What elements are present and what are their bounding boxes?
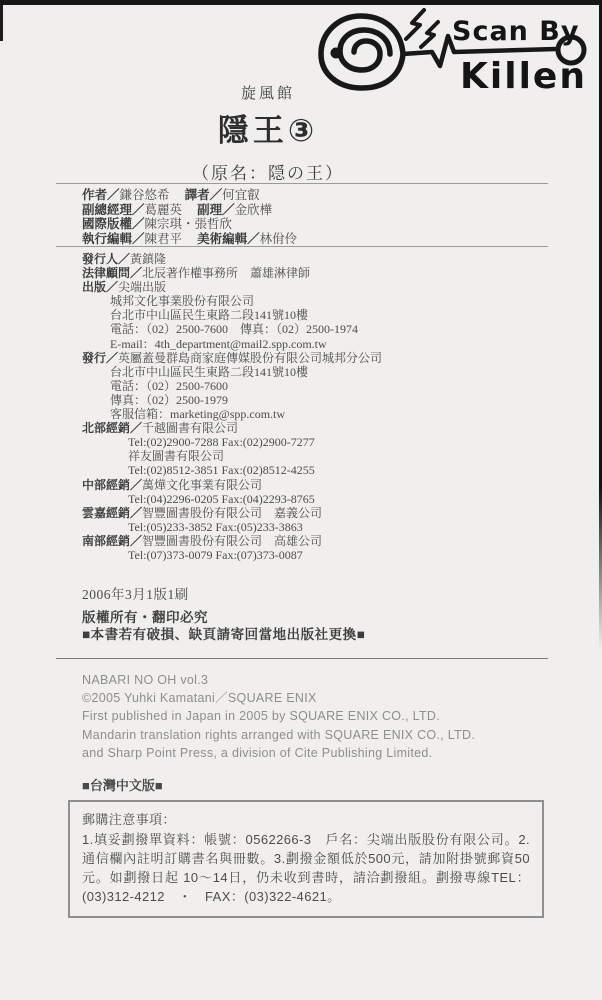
publishing-label: 法律顧問／ — [82, 266, 142, 280]
publishing-label: 北部經銷／ — [82, 421, 142, 435]
english-rights-line: First published in Japan in 2005 by SQUA… — [82, 707, 475, 725]
publishing-text: 智豐圖書股份有限公司 嘉義公司 — [142, 506, 322, 520]
publishing-line: 發行／英屬蓋曼群島商家庭傳媒股份有限公司城邦分公司 — [82, 351, 382, 365]
credit-label: 副理／ — [197, 203, 235, 217]
credit-value: 陳君平 — [145, 232, 183, 246]
credit-row: 執行編輯／陳君平 美術編輯／林佾伶 — [82, 232, 297, 247]
publishing-line: 電話：（02）2500-7600 — [82, 379, 382, 393]
publishing-text: 祥友圖書有限公司 — [128, 449, 224, 463]
title-block: 旋風館 隱王③ （原名：隠の王） — [0, 82, 536, 184]
edition-printing-line: 2006年3月1版1刷 — [82, 583, 189, 603]
mail-order-heading: 郵購注意事項： — [82, 810, 530, 829]
publishing-line: 法律顧問／北辰著作權事務所 蕭雄淋律師 — [82, 266, 382, 280]
credit-row: 作者／鎌谷悠希 譯者／何宜叡 — [82, 188, 297, 203]
credit-row: 副總經理／葛麗英 副理／金欣樺 — [82, 203, 297, 218]
publishing-line: 客服信箱：marketing@spp.com.tw — [82, 407, 382, 421]
credit-pair: 譯者／何宜叡 — [185, 188, 260, 202]
publishing-text: 北辰著作權事務所 蕭雄淋律師 — [142, 266, 310, 280]
publishing-line: 雲嘉經銷／智豐圖書股份有限公司 嘉義公司 — [82, 506, 382, 520]
publishing-text: Tel:(04)2296-0205 Fax:(04)2293-8765 — [128, 492, 315, 506]
publishing-line: E-mail：4th_department@mail2.spp.com.tw — [82, 337, 382, 351]
publishing-line: 發行人／黃鎮隆 — [82, 252, 382, 266]
copyright-line: 版權所有・翻印必究 — [82, 610, 365, 627]
divider-rule-credits — [56, 246, 548, 247]
mail-order-box: 郵購注意事項： 1.填妥劃撥單資料：帳號：0562266-3 戶名：尖端出版股份… — [68, 800, 544, 918]
credit-label: 作者／ — [82, 188, 120, 202]
publishing-text: 萬燁文化事業有限公司 — [142, 478, 262, 492]
publishing-line: 南部經銷／智豐圖書股份有限公司 高雄公司 — [82, 534, 382, 548]
english-rights-line: and Sharp Point Press, a division of Cit… — [82, 744, 475, 762]
publishing-text: E-mail：4th_department@mail2.spp.com.tw — [110, 337, 327, 351]
credit-row: 國際版權／陳宗琪・張哲欣 — [82, 217, 297, 232]
credit-pair: 國際版權／陳宗琪・張哲欣 — [82, 217, 232, 231]
credit-value: 金欣樺 — [235, 203, 273, 217]
publishing-line: 出版／尖端出版 — [82, 280, 382, 294]
credit-label: 執行編輯／ — [82, 232, 145, 246]
credit-value: 林佾伶 — [260, 232, 298, 246]
scan-edge-left — [0, 5, 3, 41]
english-rights-line: ©2005 Yuhki Kamatani／SQUARE ENIX — [82, 689, 475, 707]
credit-pair: 美術編輯／林佾伶 — [197, 232, 297, 246]
colophon-page: Scan By Killen 旋風館 隱王③ （原名：隠の王） 作者／鎌谷悠希 … — [0, 0, 602, 1000]
book-title: 隱王③ — [0, 105, 536, 150]
publishing-text: Tel:(02)8512-3851 Fax:(02)8512-4255 — [128, 463, 315, 477]
publishing-text: 千越圖書有限公司 — [142, 421, 238, 435]
publishing-label: 發行人／ — [82, 252, 130, 266]
divider-rule-top — [56, 183, 548, 184]
mouse-doodle-icon — [321, 16, 403, 88]
publishing-line: Tel:(04)2296-0205 Fax:(04)2293-8765 — [82, 492, 382, 506]
publishing-line: 傳真：（02）2500-1979 — [82, 393, 382, 407]
credit-label: 國際版權／ — [82, 217, 145, 231]
publishing-label: 南部經銷／ — [82, 534, 142, 548]
publishing-text: 尖端出版 — [118, 280, 166, 294]
publishing-text: 台北市中山區民生東路二段141號10樓 — [110, 308, 308, 322]
publishing-text: 智豐圖書股份有限公司 高雄公司 — [142, 534, 322, 548]
publishing-line: 電話：（02）2500-7600 傳真：（02）2500-1974 — [82, 322, 382, 336]
publishing-label: 中部經銷／ — [82, 478, 142, 492]
publishing-text: 傳真：（02）2500-1979 — [110, 393, 228, 407]
publishing-line: Tel:(07)373-0079 Fax:(07)373-0087 — [82, 548, 382, 562]
publishing-text: 黃鎮隆 — [130, 252, 166, 266]
credit-pair: 副總經理／葛麗英 — [82, 203, 182, 217]
publishing-text: 英屬蓋曼群島商家庭傳媒股份有限公司城邦分公司 — [118, 351, 382, 365]
english-rights-block: NABARI NO OH vol.3 ©2005 Yuhki Kamatani／… — [82, 671, 475, 762]
publishing-text: 客服信箱：marketing@spp.com.tw — [110, 407, 285, 421]
publishing-line: Tel:(02)8512-3851 Fax:(02)8512-4255 — [82, 463, 382, 477]
original-title: （原名：隠の王） — [0, 159, 536, 184]
taiwan-edition-label: ■台灣中文版■ — [82, 775, 163, 794]
publishing-label: 出版／ — [82, 280, 118, 294]
english-rights-line: NABARI NO OH vol.3 — [82, 671, 475, 689]
scan-by-text: Scan By — [452, 16, 579, 47]
publishing-line: Tel:(02)2900-7288 Fax:(02)2900-7277 — [82, 435, 382, 449]
publishing-line: 祥友圖書有限公司 — [82, 449, 382, 463]
credit-pair: 副理／金欣樺 — [197, 203, 272, 217]
publishing-line: Tel:(05)233-3852 Fax:(05)233-3863 — [82, 520, 382, 534]
english-rights-line: Mandarin translation rights arranged wit… — [82, 726, 475, 744]
mail-order-body: 1.填妥劃撥單資料：帳號：0562266-3 戶名：尖端出版股份有限公司。2.通… — [82, 830, 530, 906]
publishing-text: 台北市中山區民生東路二段141號10樓 — [110, 365, 308, 379]
publishing-line: 台北市中山區民生東路二段141號10樓 — [82, 365, 382, 379]
publishing-line: 中部經銷／萬燁文化事業有限公司 — [82, 478, 382, 492]
publishing-label: 雲嘉經銷／ — [82, 506, 142, 520]
publishing-line: 城邦文化事業股份有限公司 — [82, 294, 382, 308]
credit-value: 葛麗英 — [145, 203, 183, 217]
credit-label: 譯者／ — [185, 188, 223, 202]
copyright-block: 版權所有・翻印必究 ■本書若有破損、缺頁請寄回當地出版社更換■ — [82, 610, 365, 643]
publishing-line: 北部經銷／千越圖書有限公司 — [82, 421, 382, 435]
publishing-label: 發行／ — [82, 351, 118, 365]
credit-label: 副總經理／ — [82, 203, 145, 217]
credit-value: 鎌谷悠希 — [120, 188, 170, 202]
credit-value: 陳宗琪・張哲欣 — [145, 217, 233, 231]
publishing-text: 電話：（02）2500-7600 — [110, 379, 228, 393]
publishing-text: Tel:(07)373-0079 Fax:(07)373-0087 — [128, 548, 303, 562]
credit-pair: 作者／鎌谷悠希 — [82, 188, 170, 202]
publishing-text: Tel:(05)233-3852 Fax:(05)233-3863 — [128, 520, 303, 534]
credits-block: 作者／鎌谷悠希 譯者／何宜叡 副總經理／葛麗英 副理／金欣樺 國際版權／陳宗琪・… — [82, 188, 297, 246]
divider-rule-english — [56, 658, 548, 659]
publishing-line: 台北市中山區民生東路二段141號10樓 — [82, 308, 382, 322]
publishing-text: 電話：（02）2500-7600 傳真：（02）2500-1974 — [110, 322, 358, 336]
scan-logo-graphic: Scan By Killen — [312, 6, 596, 94]
publishing-block: 發行人／黃鎮隆 法律顧問／北辰著作權事務所 蕭雄淋律師 出版／尖端出版 城邦文化… — [82, 252, 382, 562]
credit-value: 何宜叡 — [222, 188, 260, 202]
scan-logo: Scan By Killen — [312, 6, 596, 94]
damage-notice-line: ■本書若有破損、缺頁請寄回當地出版社更換■ — [82, 627, 365, 644]
lightning-icon — [406, 10, 438, 47]
imprint-name: 旋風館 — [0, 82, 536, 103]
publishing-text: 城邦文化事業股份有限公司 — [110, 294, 254, 308]
publishing-text: Tel:(02)2900-7288 Fax:(02)2900-7277 — [128, 435, 315, 449]
credit-label: 美術編輯／ — [197, 232, 260, 246]
credit-pair: 執行編輯／陳君平 — [82, 232, 182, 246]
scan-edge-top — [0, 0, 602, 5]
